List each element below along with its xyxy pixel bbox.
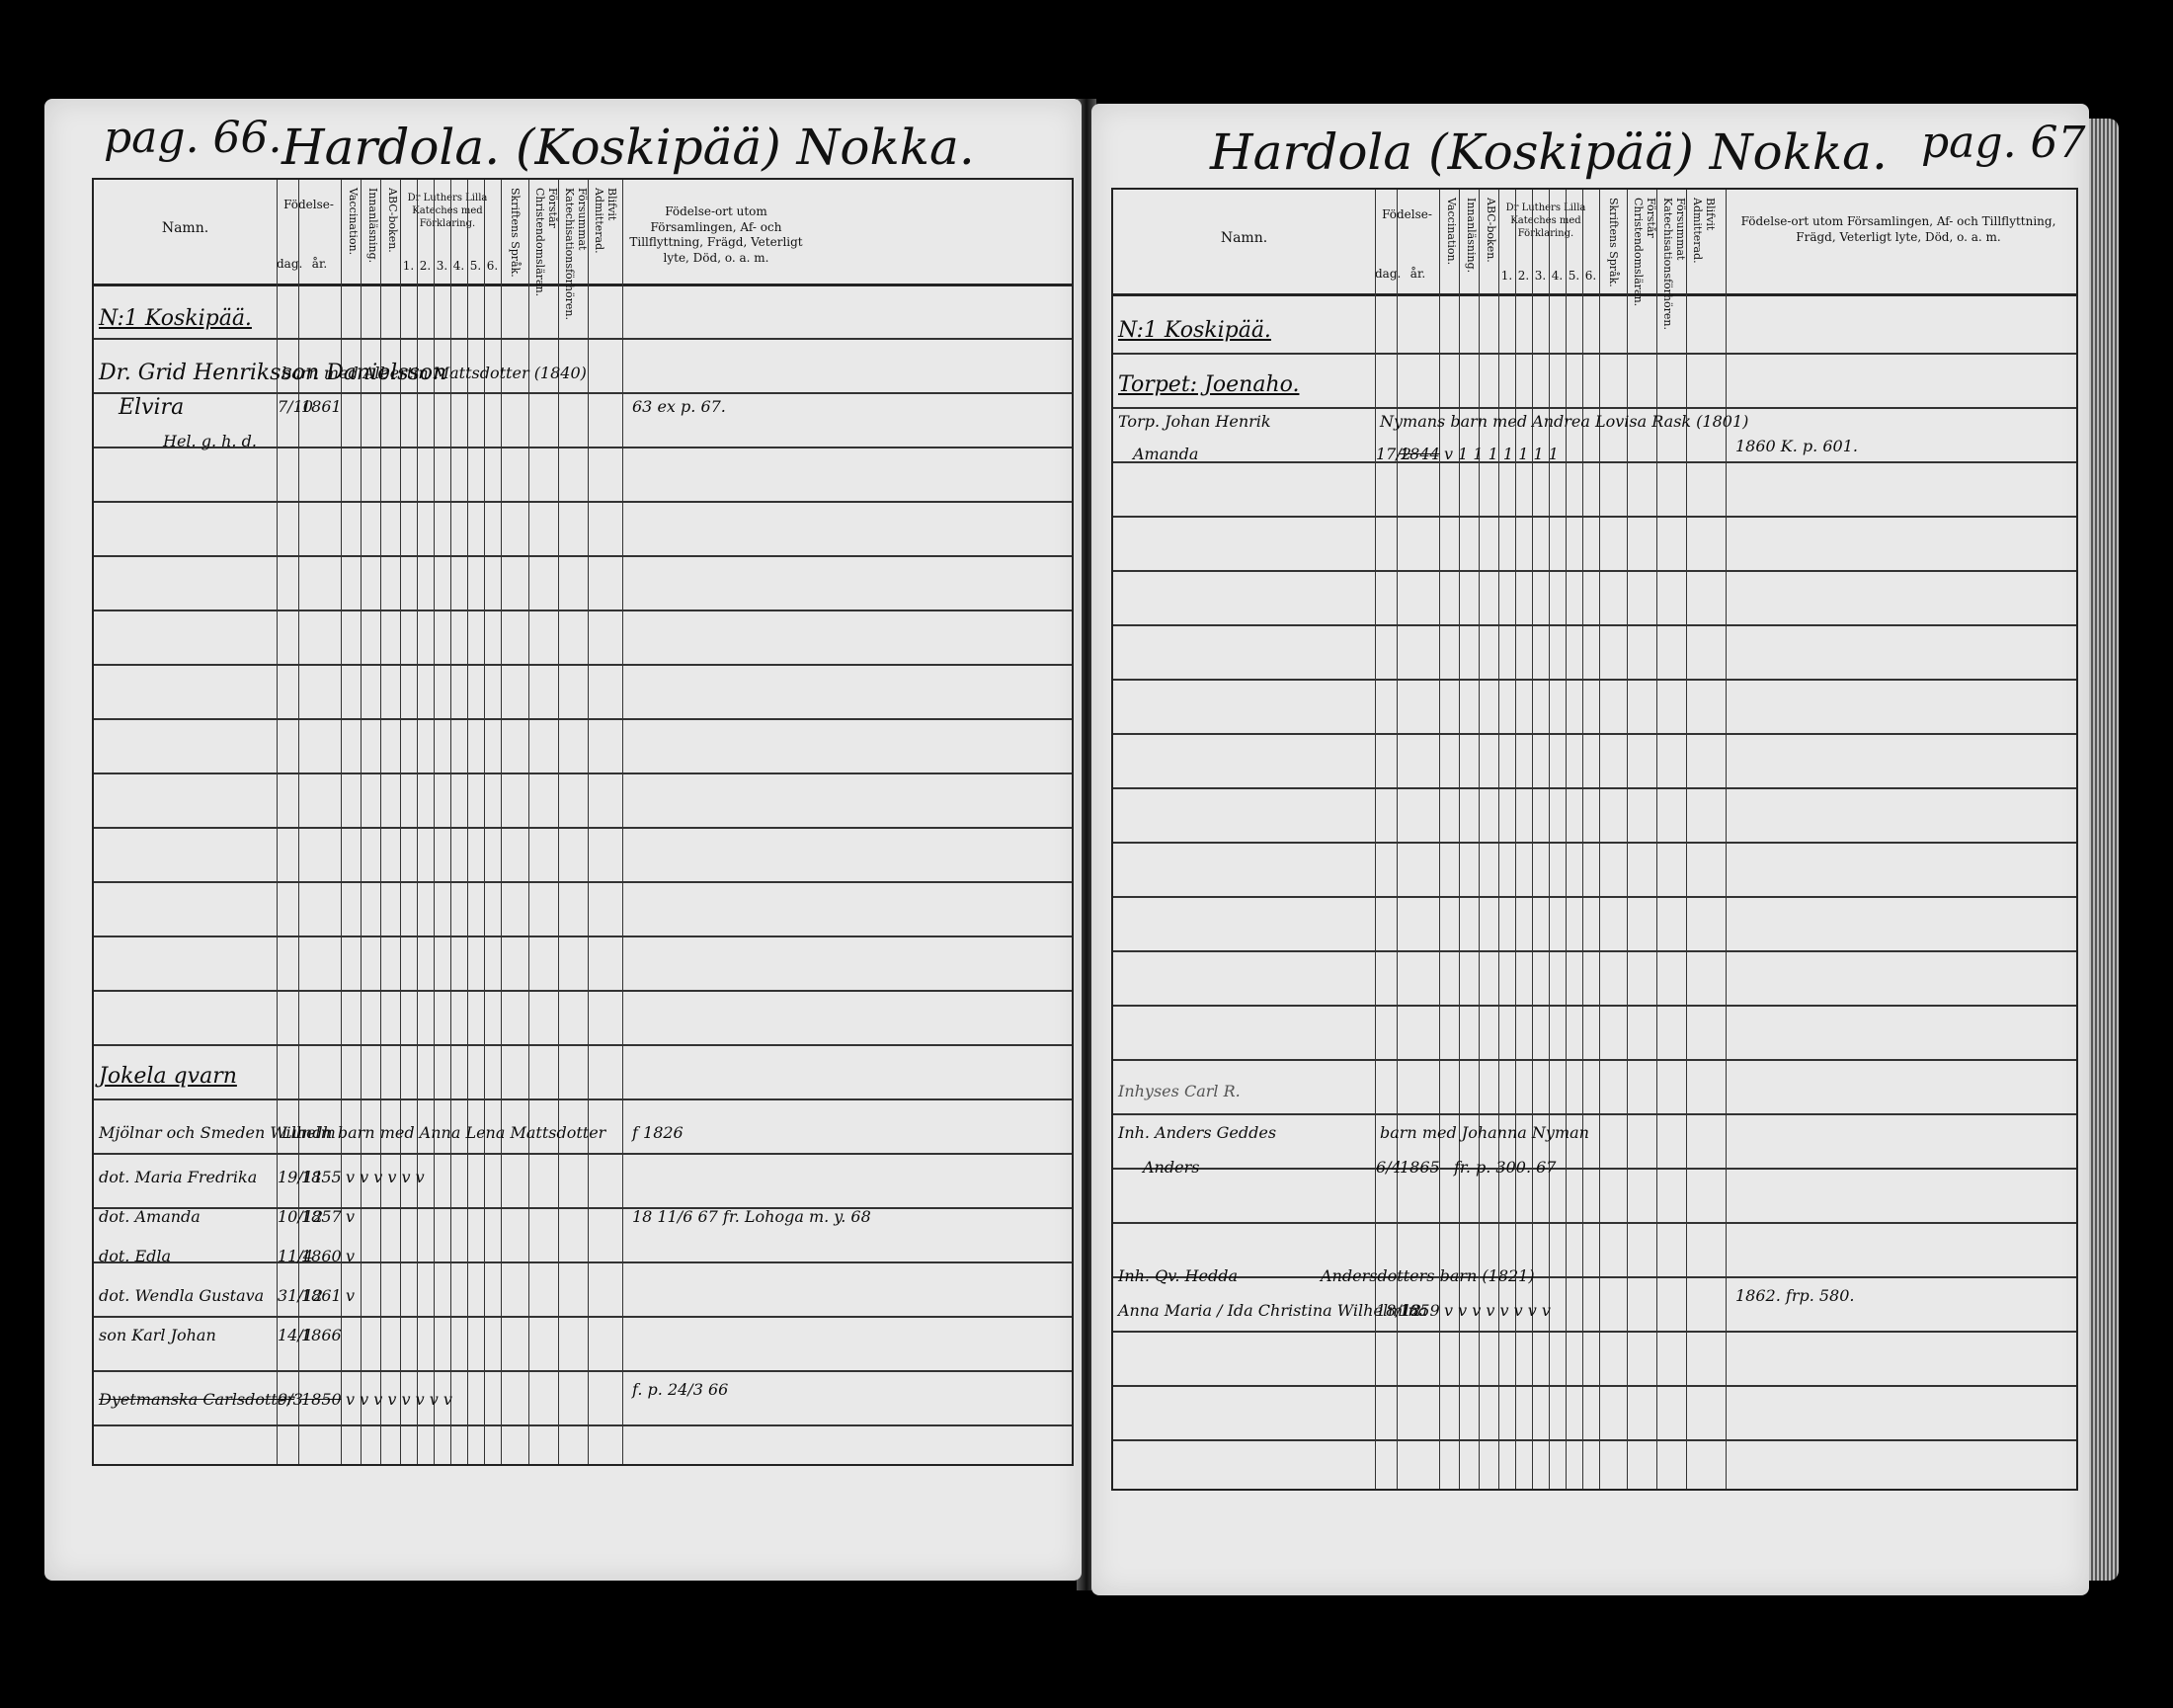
col-day: dag. (277, 257, 298, 273)
cat-1: 1. (400, 259, 417, 275)
cat-4: 4. (1549, 269, 1566, 285)
cat-3: 3. (1532, 269, 1549, 285)
col-admitted: Blifvit Admitterad. (1691, 198, 1717, 293)
entry-name: N:1 Koskipää. (99, 306, 252, 331)
entry-marks: v (346, 1247, 355, 1265)
register-table: Namn. Födelse- dag. år. Vaccination. Inn… (92, 178, 1074, 1466)
entry-remarks: 1862. frp. 580. (1735, 1286, 1855, 1305)
col-birth: Födelse- (277, 198, 341, 213)
entry-name: Torpet: Joenaho. (1118, 372, 1299, 397)
col-scripture: Skriftens Språk. (509, 188, 522, 278)
entry-name: Inhyses Carl R. (1118, 1082, 1241, 1100)
entry-name: Amanda (1133, 445, 1198, 463)
col-year: år. (1397, 267, 1439, 283)
entry-note: barn med Albertin Mattsdotter (1840) (282, 364, 587, 382)
entry-year: 1857 (301, 1207, 342, 1226)
col-day: dag. (1375, 267, 1397, 283)
entry-name: dot. Edla (99, 1247, 171, 1265)
entry-year: 1865 (1400, 1158, 1440, 1177)
col-name: Namn. (94, 219, 277, 237)
entry-note: barn med Johanna Nyman (1380, 1123, 1589, 1142)
entry-name: N:1 Koskipää. (1118, 318, 1271, 343)
entry-remarks: 1860 K. p. 601. (1735, 437, 1858, 455)
col-admitted: Blifvit Admitterad. (593, 188, 618, 284)
cat-2: 2. (417, 259, 434, 275)
entry-year: 1866 (301, 1326, 342, 1344)
table-header: Namn. Födelse- dag. år. Vaccination. Inn… (1113, 190, 2076, 296)
entry-year: 1861 (301, 397, 342, 416)
col-confirmation: Försummat Katechisationsförhören. (1661, 198, 1687, 330)
cat-5: 5. (467, 259, 484, 275)
entry-note: Lundh barn med Anna Lena Mattsdotter (282, 1123, 605, 1142)
entry-remarks: f 1826 (632, 1123, 684, 1142)
col-name: Namn. (1113, 229, 1375, 247)
col-remarks: Födelse-ort utom Församlingen, Af- och T… (1735, 214, 2061, 245)
page-number: pag. 67 (1921, 118, 2086, 168)
entry-name: Jokela qvarn (99, 1064, 237, 1089)
entry-name: dot. Amanda (99, 1207, 201, 1226)
entry-remarks: 63 ex p. 67. (632, 397, 726, 416)
page-heading: Hardola (Koskipää) Nokka. (1210, 123, 1888, 181)
page-edges (2089, 119, 2119, 1581)
col-birth: Födelse- (1375, 207, 1439, 223)
cat-3: 3. (434, 259, 450, 275)
right-page: Hardola (Koskipää) Nokka. pag. 67 Namn. … (1091, 104, 2089, 1595)
entry-year: 1850 (301, 1390, 342, 1409)
entry-marks: v v v v v v (346, 1168, 425, 1186)
entry-remarks: f. p. 24/3 66 (632, 1380, 728, 1399)
entry-remarks: fr. p. 300. 67 (1454, 1158, 1556, 1177)
entry-name: son Karl Johan (99, 1326, 216, 1344)
col-vaccination: Vaccination. (347, 188, 360, 255)
col-catechism: Dr Luthers Lilla Kateches med Förklaring… (398, 192, 497, 230)
entry-year: 1860 (301, 1247, 342, 1265)
entry-name: Inh. Anders Geddes (1118, 1123, 1276, 1142)
entry-day: 6/4 (1376, 1158, 1402, 1177)
col-catechism: Dr Luthers Lilla Kateches med Förklaring… (1496, 202, 1595, 240)
cat-6: 6. (1582, 269, 1599, 285)
entry-name: Torp. Johan Henrik (1118, 412, 1271, 431)
entry-year: 1855 (301, 1168, 342, 1186)
register-table: Namn. Födelse- dag. år. Vaccination. Inn… (1111, 188, 2078, 1491)
entry-marks: v v v v v v v v (346, 1390, 452, 1409)
entry-year: 1861 (301, 1286, 342, 1305)
col-reading: Innanläsning. (366, 188, 379, 263)
col-year: år. (298, 257, 341, 273)
entry-day: 9/3 (278, 1390, 303, 1409)
entry-name: Anders (1143, 1158, 1199, 1177)
entry-marks: v v v v v v v v (1444, 1301, 1551, 1320)
entry-name: dot. Maria Fredrika (99, 1168, 257, 1186)
entry-note: Andersdotters barn (1821) (1321, 1266, 1535, 1285)
entry-year: 1859 (1400, 1301, 1440, 1320)
cat-2: 2. (1515, 269, 1532, 285)
cat-5: 5. (1566, 269, 1582, 285)
entry-name: dot. Wendla Gustava (99, 1286, 264, 1305)
entry-name: Elvira (119, 395, 184, 420)
entry-note: Nymans barn med Andrea Lovisa Rask (1801… (1380, 412, 1748, 431)
entry-marks: v 1 1 1 1 1 1 1 (1444, 445, 1559, 463)
entry-marks: v (346, 1286, 355, 1305)
page-number: pag. 66. (104, 113, 282, 163)
entry-name: Dyetmanska Carlsdotter (99, 1390, 294, 1409)
entry-remarks: 18 11/6 67 fr. Lohoga m. y. 68 (632, 1207, 871, 1226)
entry-name: Hel. g. h. d. (163, 432, 257, 450)
col-vaccination: Vaccination. (1445, 198, 1458, 265)
entry-name: Inh. Qv. Hedda (1118, 1266, 1238, 1285)
col-scripture: Skriftens Språk. (1607, 198, 1620, 287)
cat-1: 1. (1498, 269, 1515, 285)
left-page: pag. 66. Hardola. (Koskipää) Nokka. Namn… (44, 99, 1082, 1581)
col-remarks: Födelse-ort utom Församlingen, Af- och T… (627, 204, 805, 266)
cat-6: 6. (484, 259, 501, 275)
page-heading: Hardola. (Koskipää) Nokka. (282, 119, 975, 176)
table-header: Namn. Födelse- dag. år. Vaccination. Inn… (94, 180, 1072, 286)
entry-marks: v (346, 1207, 355, 1226)
col-christian: Förstår Christendomsläran. (1632, 198, 1657, 306)
col-reading: Innanläsning. (1465, 198, 1478, 273)
entry-year: 1844 (1400, 445, 1440, 463)
col-confirmation: Försummat Katechisationsförhören. (563, 188, 589, 320)
col-christian: Förstår Christendomsläran. (533, 188, 559, 296)
cat-4: 4. (450, 259, 467, 275)
